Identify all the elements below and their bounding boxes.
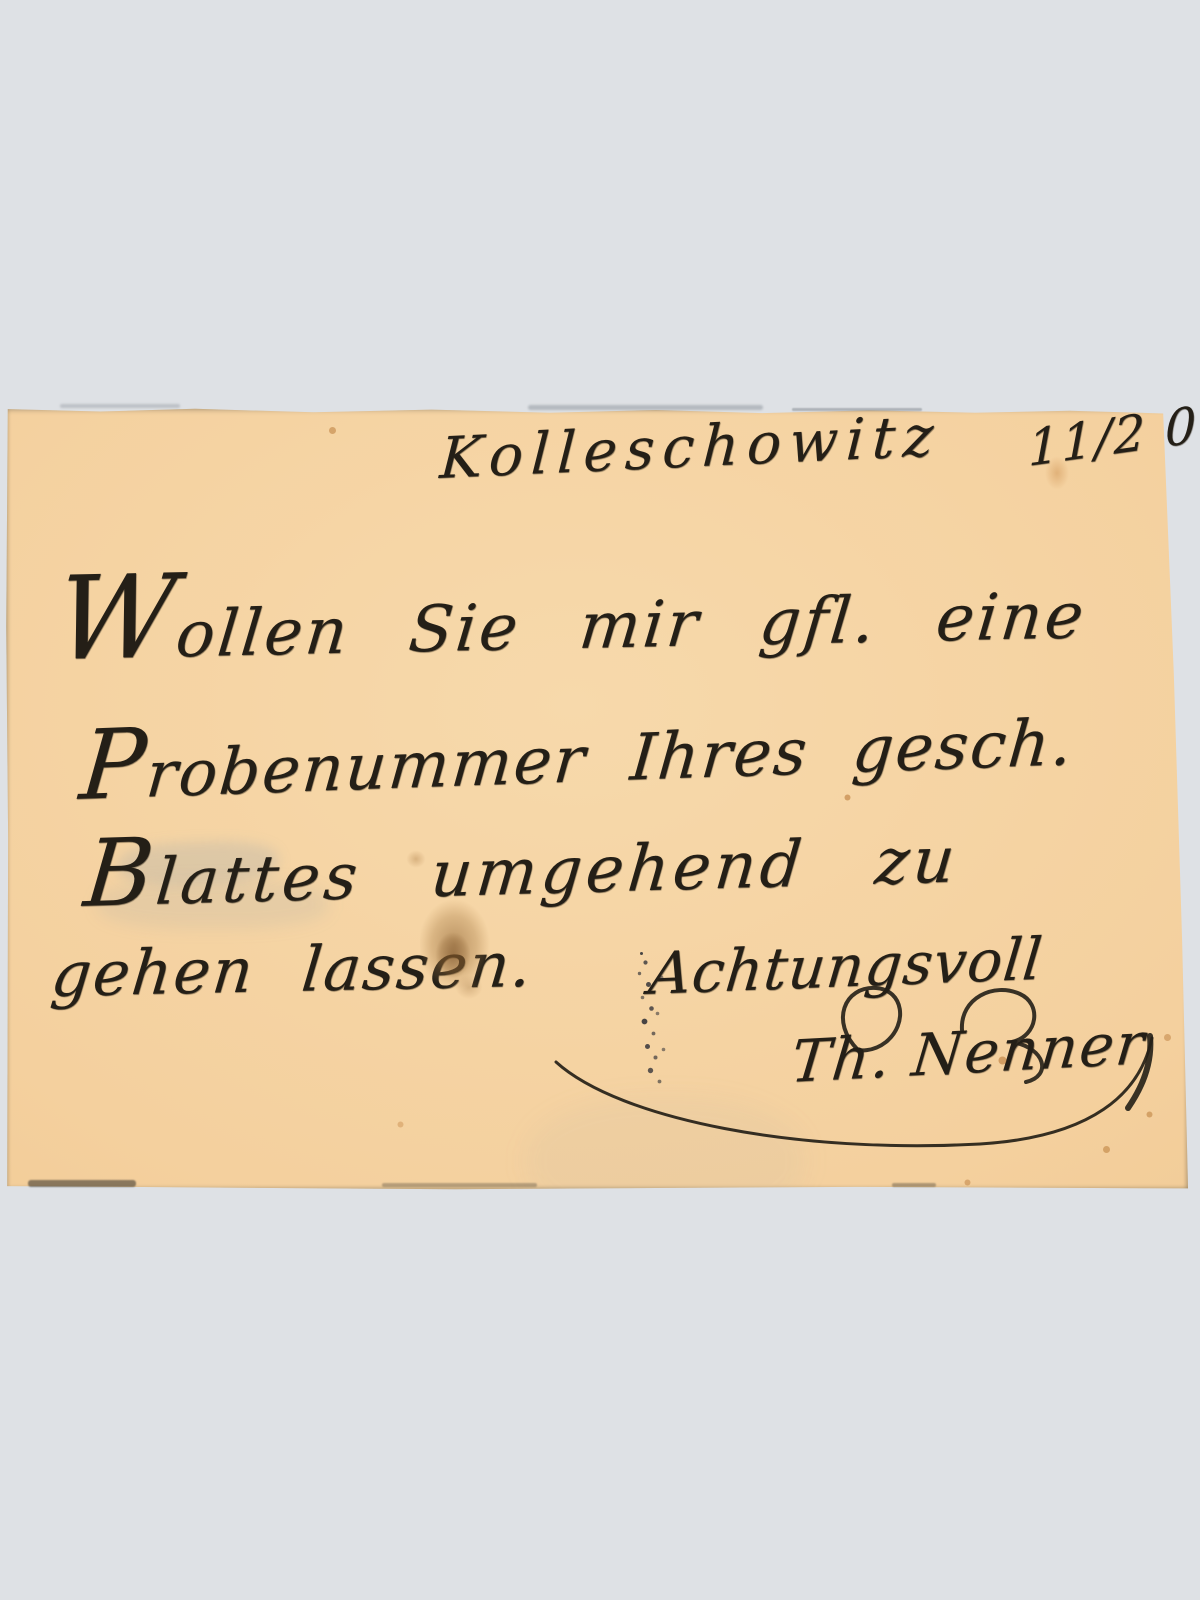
message-line-4: gehen lassen. <box>48 928 537 1011</box>
deckled-top-edge-mark <box>60 404 180 408</box>
rust-specks <box>0 0 5 5</box>
show-through-patch <box>1028 1266 1092 1456</box>
dateline-date: 11/2 00 <box>1028 391 1200 478</box>
message-line-1: Wollen Sie mir gfl. eine <box>50 531 1095 687</box>
show-through-patch <box>526 1096 806 1226</box>
scan-background: Kolleschowitz 11/2 00 Wollen Sie mir gfl… <box>0 0 1200 1600</box>
deckled-top-edge-mark <box>528 405 763 410</box>
